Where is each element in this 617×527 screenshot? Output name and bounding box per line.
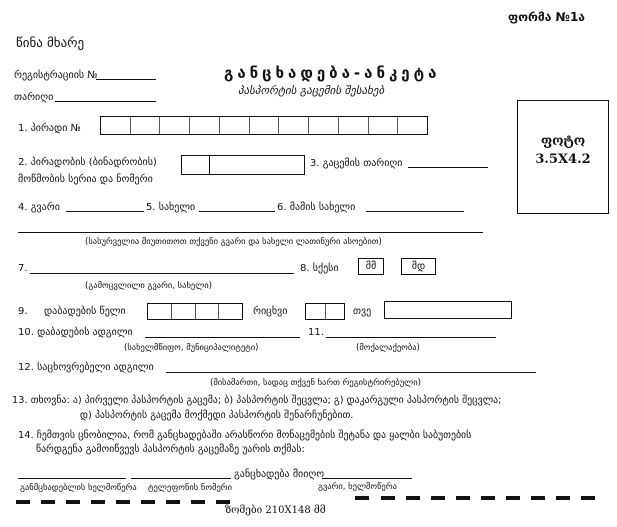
personal-number-cells[interactable] xyxy=(100,116,428,135)
sex-male-box[interactable]: მმ xyxy=(358,258,384,275)
residence-field[interactable] xyxy=(166,372,536,373)
field-2-label-line2: მოწმობის სერია და ნომერი xyxy=(18,174,153,185)
received-by-label: განცხადება მიიღო xyxy=(234,469,324,480)
latin-hint: (სასურველია მიუთითოთ თქვენი გვარი და სახ… xyxy=(85,237,382,247)
photo-size: 3.5X4.2 xyxy=(518,152,608,167)
field-4-label: 4. გვარი xyxy=(18,202,60,213)
field-5-label: 5. სახელი xyxy=(146,202,195,213)
field-1-label: 1. პირადი № xyxy=(18,123,81,134)
surname-field[interactable] xyxy=(66,211,144,212)
birth-year-label: დაბადების წელი xyxy=(44,306,126,317)
citizenship-field[interactable] xyxy=(326,337,496,338)
phone-number-field[interactable] xyxy=(131,478,231,479)
photo-box: ფოტო 3.5X4.2 xyxy=(517,100,609,214)
cut-line-dash xyxy=(41,500,55,504)
cut-line-dash xyxy=(141,500,155,504)
cut-line-dash xyxy=(556,496,570,500)
field-14-line1: 14. ჩემთვის ცნობილია, რომ განცხადებაში ა… xyxy=(18,430,471,441)
field-12-label: 12. საცხოვრებელი ადგილი xyxy=(18,362,154,373)
birth-year-cells[interactable] xyxy=(147,303,243,320)
field-13-line2: დ) პასპორტის გაცემა მოქმედი პასპორტის შე… xyxy=(80,410,353,421)
changed-name-field[interactable] xyxy=(30,273,294,274)
registration-number-field[interactable] xyxy=(96,79,156,80)
cut-line-dash xyxy=(456,496,470,500)
cut-line-dash xyxy=(481,496,495,500)
field-10-hint: (სახელმწიფო, მუნიციპალიტეტი) xyxy=(124,343,258,353)
name-field[interactable] xyxy=(199,211,275,212)
surname-signature-label: გვარი, ხელმოწერა xyxy=(318,482,397,492)
field-2-label: 2. პირადობის (ბინადრობის) xyxy=(18,157,157,168)
registration-date-label: თარიღი xyxy=(14,92,53,103)
birth-day-cells[interactable] xyxy=(305,303,345,320)
cut-line-dash xyxy=(16,500,30,504)
form-title: განცხადება-ანკეტა xyxy=(224,64,440,82)
received-by-field[interactable] xyxy=(322,478,412,479)
cut-line-dash xyxy=(191,500,205,504)
field-7-label: 7. xyxy=(18,263,28,274)
photo-label: ფოტო xyxy=(518,134,608,149)
patronymic-field[interactable] xyxy=(366,211,464,212)
sex-female-box[interactable]: მდ xyxy=(401,258,436,275)
form-subtitle: პასპორტის გაცემის შესახებ xyxy=(238,84,384,97)
cut-line-dash xyxy=(116,500,130,504)
field-10-label: 10. დაბადების ადგილი xyxy=(18,327,133,338)
field-13-line1: 13. თხოვნა: ა) პირველი პასპორტის გაცემა;… xyxy=(12,395,501,406)
id-number-field[interactable] xyxy=(209,155,305,175)
field-8-label: 8. სქესი xyxy=(300,263,339,274)
cut-line-dash xyxy=(506,496,520,500)
birth-month-label: თვე xyxy=(353,306,371,317)
birth-month-field[interactable] xyxy=(384,301,512,319)
cut-line-dash xyxy=(381,496,395,500)
cut-line-dash xyxy=(66,500,80,504)
cut-line-dash xyxy=(531,496,545,500)
field-6-label: 6. მამის სახელი xyxy=(277,202,355,213)
applicant-signature-label: განმცხადებლის ხელმოწერა xyxy=(20,483,137,493)
field-12-hint: (მისამართი, სადაც თქვენ ხართ რეგისტრირებ… xyxy=(210,378,421,388)
cut-line-dash xyxy=(355,496,369,500)
dimensions-note: ზომები 210X148 მმ xyxy=(225,505,326,516)
issue-date-field[interactable] xyxy=(408,167,488,168)
field-7-hint: (გამოცვლილი გვარი, სახელი) xyxy=(85,281,212,291)
field-14-line2: წარდგენა გამოიწვევს პასპორტის გაცემაზე უ… xyxy=(36,444,305,455)
field-3-label: 3. გაცემის თარიღი xyxy=(310,158,402,169)
cut-line-dash xyxy=(166,500,180,504)
latin-name-field[interactable] xyxy=(18,232,483,233)
birth-day-label: რიცხვი xyxy=(253,306,287,317)
registration-date-field[interactable] xyxy=(55,101,156,102)
cut-line-dash xyxy=(431,496,445,500)
cut-line-dash xyxy=(216,500,230,504)
cut-line-dash xyxy=(406,496,420,500)
field-11-label: 11. xyxy=(308,327,324,338)
registration-number-label: რეგისტრაციის № xyxy=(14,70,98,81)
cut-line-dash xyxy=(581,496,595,500)
phone-number-label: ტელეფონის ნომერი xyxy=(148,483,232,493)
id-series-field[interactable] xyxy=(181,155,210,175)
side-label: წინა მხარე xyxy=(16,36,84,51)
applicant-signature-field[interactable] xyxy=(18,478,126,479)
field-9-label: 9. xyxy=(18,306,28,317)
form-number: ფორმა №1ა xyxy=(508,10,585,24)
birth-place-field[interactable] xyxy=(145,337,300,338)
field-11-hint: (მოქალაქეობა) xyxy=(356,343,420,353)
cut-line-dash xyxy=(91,500,105,504)
